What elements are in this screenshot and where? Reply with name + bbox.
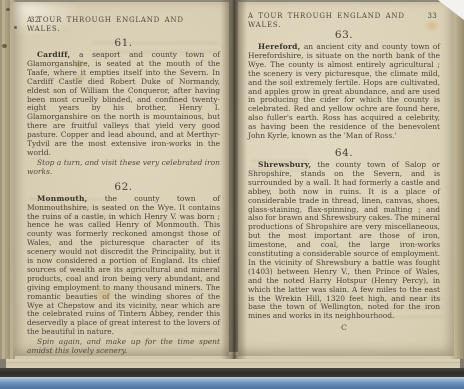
right-running-head: A TOUR THROUGH ENGLAND AND WALES. 33 xyxy=(248,12,440,21)
section-63-paragraph: Hereford, an ancient city and county tow… xyxy=(248,43,440,141)
section-61-number: 61. xyxy=(27,37,220,49)
place-name-hereford: Hereford, xyxy=(258,42,300,51)
right-page-number: 33 xyxy=(427,12,437,21)
place-name-monmouth: Monmouth, xyxy=(37,194,87,203)
section-61-body: a seaport and county town of Glamorgansh… xyxy=(27,50,220,157)
left-running-head: 32 A TOUR THROUGH ENGLAND AND WALES. xyxy=(27,16,220,25)
paper-speck xyxy=(14,26,17,29)
section-64-paragraph: Shrewsbury, the county town of Salop or … xyxy=(248,161,440,321)
book-gutter-shadow xyxy=(221,0,247,359)
section-61-paragraph: Cardiff, a seaport and county town of Gl… xyxy=(27,51,220,158)
section-62: 62. Monmouth, the county town of Monmout… xyxy=(27,181,220,356)
paper-speck xyxy=(2,44,7,48)
section-61-instruction-note: Stop a turn, and visit these very celebr… xyxy=(27,159,220,177)
section-61: 61. Cardiff, a seaport and county town o… xyxy=(27,37,220,177)
right-running-title: A TOUR THROUGH ENGLAND AND WALES. xyxy=(248,12,440,21)
section-64: 64. Shrewsbury, the county town of Salop… xyxy=(248,147,440,321)
left-page: 32 A TOUR THROUGH ENGLAND AND WALES. 61.… xyxy=(13,2,229,356)
section-62-number: 62. xyxy=(27,181,220,193)
section-62-instruction-note: Spin again, and make up for the time spe… xyxy=(27,338,220,356)
section-64-body: the county town of Salop or Shropshire, … xyxy=(248,160,440,320)
section-63: 63. Hereford, an ancient city and county… xyxy=(248,29,440,141)
place-name-shrewsbury: Shrewsbury, xyxy=(258,160,311,169)
open-book-photo: 32 A TOUR THROUGH ENGLAND AND WALES. 61.… xyxy=(0,0,464,389)
section-64-number: 64. xyxy=(248,147,440,159)
section-62-paragraph: Monmouth, the county town of Monmouthshi… xyxy=(27,195,220,338)
section-63-number: 63. xyxy=(248,29,440,41)
right-page: A TOUR THROUGH ENGLAND AND WALES. 33 63.… xyxy=(238,2,454,356)
left-running-title: A TOUR THROUGH ENGLAND AND WALES. xyxy=(27,16,220,25)
section-63-body: an ancient city and county town of Heref… xyxy=(248,42,440,140)
place-name-cardiff: Cardiff, xyxy=(37,50,70,59)
paper-speck xyxy=(6,8,10,11)
torn-corner-background xyxy=(438,0,464,20)
book-cover-edge xyxy=(0,368,464,377)
section-62-body: the county town of Monmouthshire, is sea… xyxy=(27,194,220,337)
left-page-number: 32 xyxy=(30,16,40,25)
printer-signature-mark: C xyxy=(248,323,440,332)
